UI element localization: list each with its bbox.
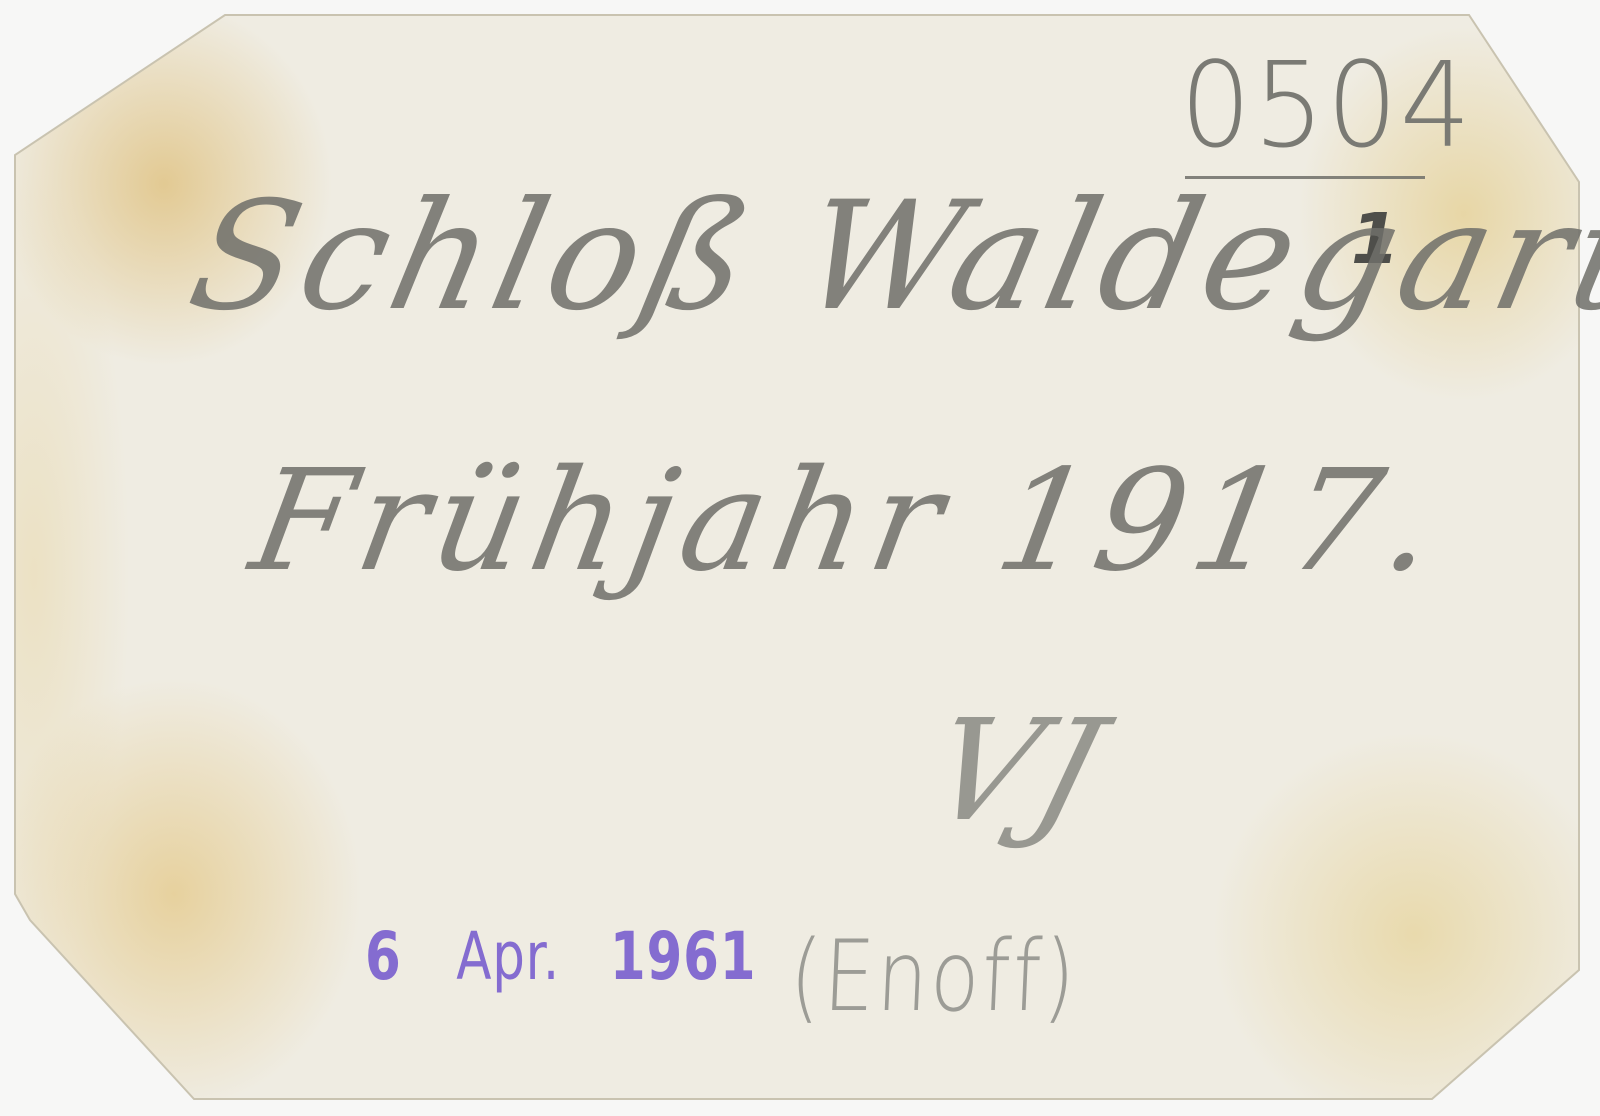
scan-background: 0504 1 Schloß Waldegarten Frühjahr 1917.… [0,0,1600,1116]
pencil-note: (Enoff) [788,920,1080,1034]
catalog-number-block: 0504 1 [1180,50,1430,179]
stamp-month: Apr. [456,918,560,995]
handwritten-date: Frühjahr 1917. [241,440,1455,603]
date-stamp: 6 Apr. 1961 [365,918,756,995]
catalog-number: 0504 [1180,47,1430,165]
stamp-day: 6 [365,918,402,995]
handwritten-title: Schloß Waldegarten [177,170,1600,344]
stamp-year: 1961 [610,918,756,995]
